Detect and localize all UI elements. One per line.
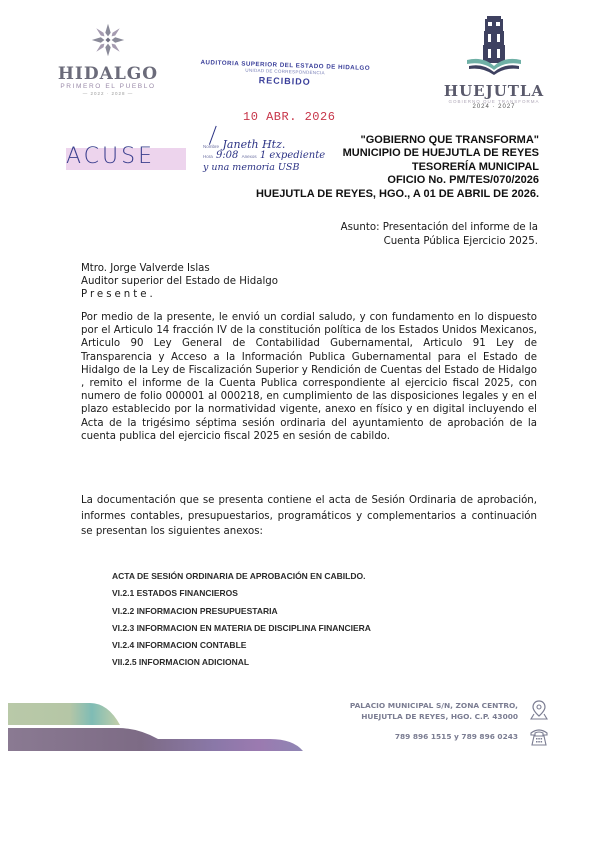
subject-label: Asunto:: [341, 222, 380, 233]
header-municipality: MUNICIPIO DE HUEJUTLA DE REYES: [256, 147, 539, 160]
acuse-handwritten: ACUSE: [66, 144, 155, 169]
location-pin-icon: [530, 700, 548, 720]
stamp-date: 10 ABR. 2026: [243, 110, 335, 124]
huejutla-logo-years: 2024 · 2027: [424, 104, 564, 110]
annex-list: ACTA DE SESIÓN ORDINARIA DE APROBACIÓN E…: [112, 568, 371, 672]
annex-label: Anexos: [242, 154, 257, 159]
footer-address-line-1: PALACIO MUNICIPAL S/N, ZONA CENTRO,: [350, 700, 518, 711]
letter-header: "GOBIERNO QUE TRANSFORMA" MUNICIPIO DE H…: [256, 134, 539, 201]
annex-item: VII.2.5 INFORMACION ADICIONAL: [112, 654, 371, 671]
body-paragraph-1: Por medio de la presente, le envió un co…: [81, 311, 537, 443]
subject-line-1: Presentación del informe de la: [383, 222, 538, 233]
hidalgo-logo: HIDALGO PRIMERO EL PUEBLO — 2022 · 2028 …: [48, 22, 168, 96]
annex-item: VI.2.2 INFORMACION PRESUPUESTARIA: [112, 603, 371, 620]
huejutla-logo-name: HUEJUTLA: [424, 83, 564, 99]
recipient-greeting: Presente.: [81, 288, 278, 301]
star-flower-icon: [90, 22, 126, 58]
subject: Asunto: Presentación del informe de la C…: [341, 221, 538, 249]
hidalgo-logo-tagline: PRIMERO EL PUEBLO: [48, 83, 168, 91]
body-paragraph-2: La documentación que se presenta contien…: [81, 493, 537, 540]
annex-item: VI.2.1 ESTADOS FINANCIEROS: [112, 585, 371, 602]
telephone-icon: [529, 726, 549, 746]
header-slogan: "GOBIERNO QUE TRANSFORMA": [256, 134, 539, 147]
hidalgo-logo-years: — 2022 · 2028 —: [48, 91, 168, 96]
name-label: Nombre: [203, 144, 219, 149]
annex-item: VI.2.4 INFORMACION CONTABLE: [112, 637, 371, 654]
footer-address-line-2: HUEJUTLA DE REYES, HGO. C.P. 43000: [350, 711, 518, 722]
clock-tower-icon: [459, 14, 529, 78]
received-stamp: AUDITORIA SUPERIOR DEL ESTADO DE HIDALGO…: [195, 59, 376, 89]
header-office-number: OFICIO No. PM/TES/070/2026: [256, 174, 539, 187]
footer-phones: 789 896 1515 y 789 896 0243: [395, 732, 518, 741]
received-hour: 9:08: [216, 150, 238, 161]
header-place-date: HUEJUTLA DE REYES, HGO., A 01 DE ABRIL D…: [256, 188, 539, 201]
footer-decorative-bars: [8, 695, 303, 751]
hidalgo-logo-name: HIDALGO: [48, 65, 168, 83]
subject-line-2: Cuenta Pública Ejercicio 2025.: [341, 235, 538, 249]
annex-item: VI.2.3 INFORMACION EN MATERIA DE DISCIPL…: [112, 620, 371, 637]
huejutla-logo: HUEJUTLA GOBIERNO QUE TRANSFORMA 2024 · …: [424, 14, 564, 110]
recipient-name: Mtro. Jorge Valverde Islas: [81, 262, 278, 275]
annex-item: ACTA DE SESIÓN ORDINARIA DE APROBACIÓN E…: [112, 568, 371, 585]
recipient: Mtro. Jorge Valverde Islas Auditor super…: [81, 262, 278, 301]
header-department: TESORERÍA MUNICIPAL: [256, 161, 539, 174]
hour-label: Hora: [203, 154, 213, 159]
recipient-title: Auditor superior del Estado de Hidalgo: [81, 275, 278, 288]
footer-address: PALACIO MUNICIPAL S/N, ZONA CENTRO, HUEJ…: [350, 700, 518, 722]
